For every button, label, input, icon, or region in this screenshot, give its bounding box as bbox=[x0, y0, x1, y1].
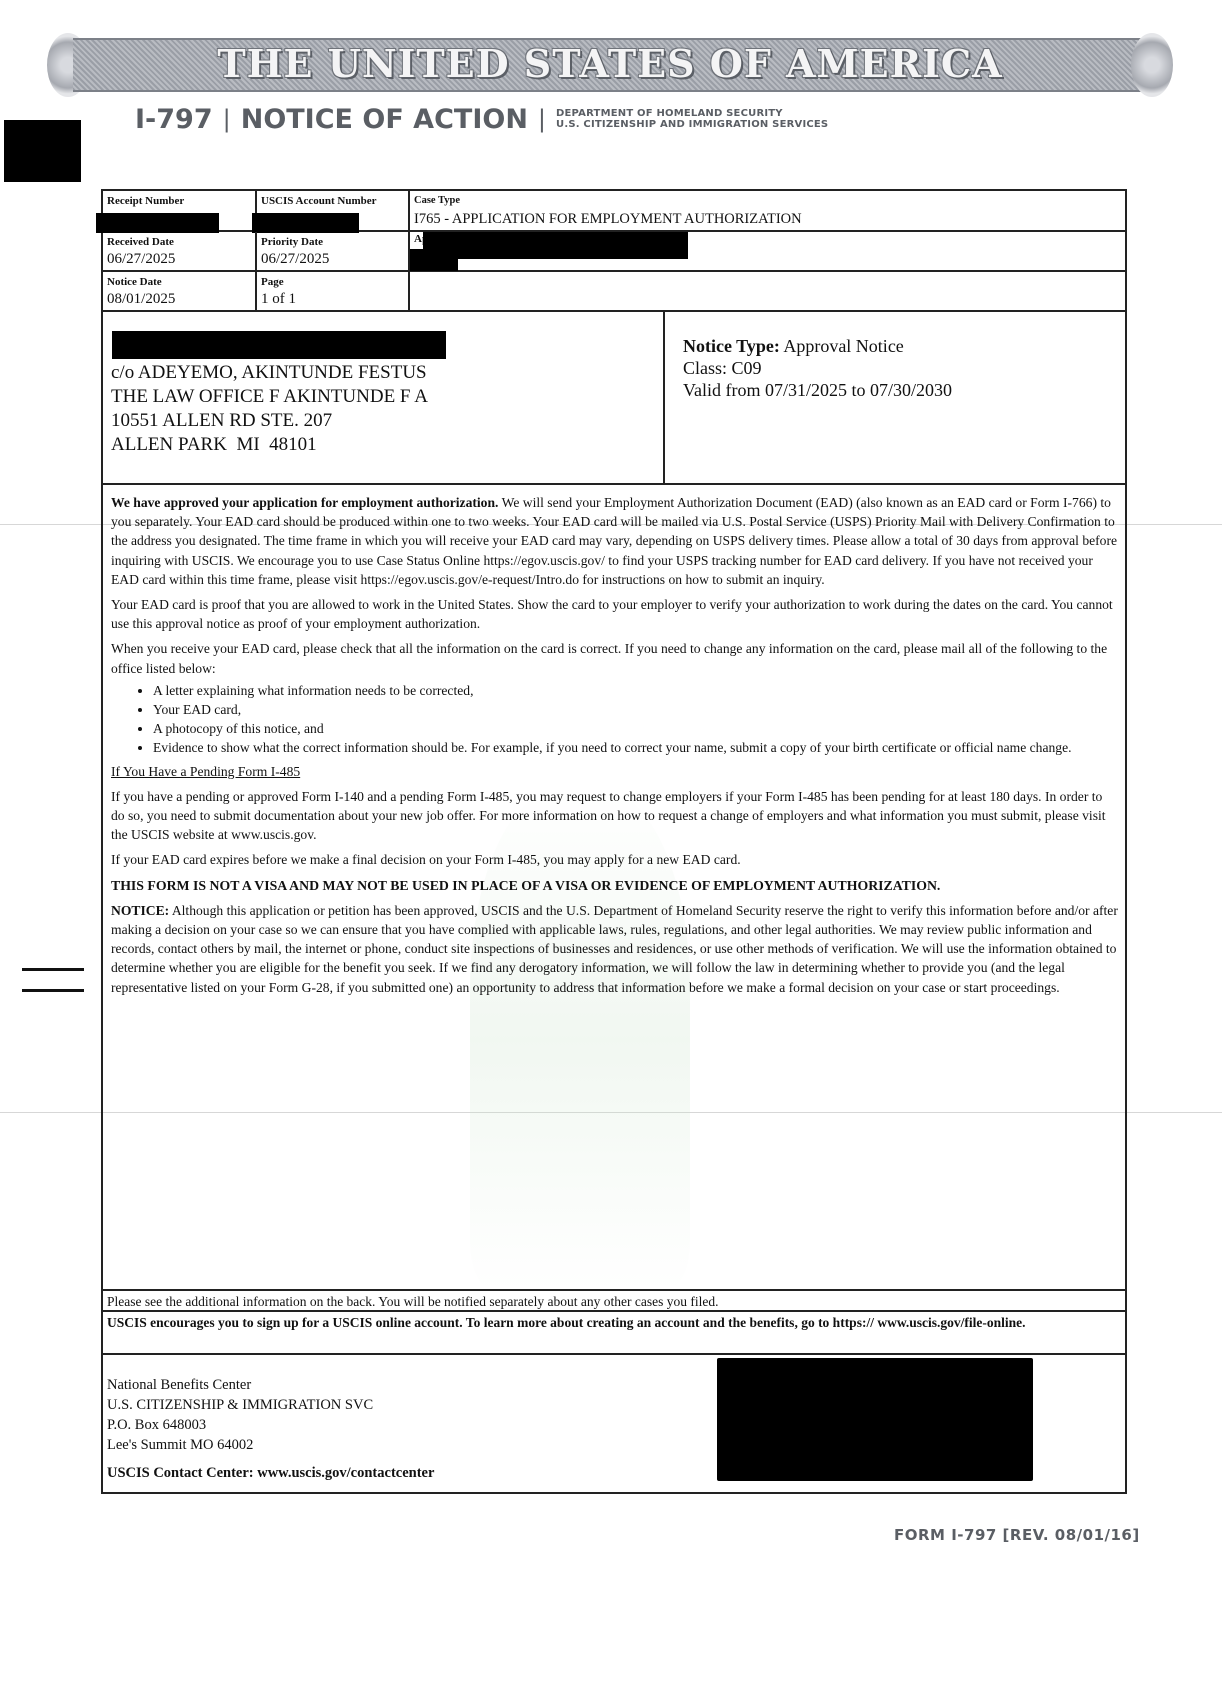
applicant-name-redacted bbox=[410, 249, 458, 271]
priority-date-value: 06/27/2025 bbox=[261, 251, 329, 268]
banner-title: THE UNITED STATES OF AMERICA bbox=[95, 41, 1125, 86]
notice-date-label: Notice Date bbox=[107, 276, 162, 288]
applicant-name-redacted bbox=[423, 232, 688, 259]
not-a-visa-warning: THIS FORM IS NOT A VISA AND MAY NOT BE U… bbox=[111, 876, 1119, 895]
redaction-block bbox=[4, 120, 81, 182]
office-line: U.S. CITIZENSHIP & IMMIGRATION SVC bbox=[107, 1395, 373, 1415]
priority-date-label: Priority Date bbox=[261, 236, 323, 248]
office-line: P.O. Box 648003 bbox=[107, 1415, 373, 1435]
agency-line-1: DEPARTMENT OF HOMELAND SECURITY bbox=[556, 108, 828, 119]
recipient-name-redacted bbox=[112, 331, 446, 359]
notice-date-value: 08/01/2025 bbox=[107, 291, 175, 308]
office-line: National Benefits Center bbox=[107, 1375, 373, 1395]
case-type-label: Case Type bbox=[414, 195, 460, 206]
address-line: c/o ADEYEMO, AKINTUNDE FESTUS bbox=[111, 361, 428, 385]
address-line: 10551 ALLEN RD STE. 207 bbox=[111, 409, 428, 433]
recipient-address: c/o ADEYEMO, AKINTUNDE FESTUS THE LAW OF… bbox=[111, 361, 428, 457]
notice-body: We have approved your application for em… bbox=[111, 493, 1119, 1003]
paragraph-corrections: When you receive your EAD card, please c… bbox=[111, 639, 1119, 677]
notice-type-label: Notice Type: bbox=[683, 336, 780, 356]
page-label: Page bbox=[261, 276, 284, 288]
account-number-redacted bbox=[252, 213, 359, 233]
received-date-label: Received Date bbox=[107, 236, 174, 248]
notice-text: Although this application or petition ha… bbox=[111, 903, 1118, 995]
list-item: Your EAD card, bbox=[153, 700, 1119, 719]
page-cell: Page 1 of 1 bbox=[257, 272, 410, 312]
list-item: Evidence to show what the correct inform… bbox=[153, 738, 1119, 757]
margin-mark bbox=[22, 989, 84, 992]
paragraph-ead-expiry: If your EAD card expires before we make … bbox=[111, 850, 1119, 869]
list-item: A letter explaining what information nee… bbox=[153, 681, 1119, 700]
notice-form: Receipt Number USCIS Account Number Case… bbox=[101, 189, 1127, 1494]
notice-type-block: Notice Type: Approval Notice Class: C09 … bbox=[683, 335, 952, 401]
class-code: Class: C09 bbox=[683, 357, 952, 379]
agency-line-2: U.S. CITIZENSHIP AND IMMIGRATION SERVICE… bbox=[556, 119, 828, 130]
title-separator: | bbox=[538, 105, 546, 133]
notice-type: Notice Type: Approval Notice bbox=[683, 335, 952, 357]
additional-info-row: Please see the additional information on… bbox=[103, 1289, 1125, 1311]
rosette-ornament-icon bbox=[1131, 33, 1173, 97]
page-value: 1 of 1 bbox=[261, 291, 296, 308]
approval-statement: We have approved your application for em… bbox=[111, 495, 498, 510]
paragraph-approval: We have approved your application for em… bbox=[111, 493, 1119, 589]
form-header: I-797 | NOTICE OF ACTION | DEPARTMENT OF… bbox=[135, 102, 828, 136]
received-date-cell: Received Date 06/27/2025 bbox=[103, 232, 257, 272]
contact-center: USCIS Contact Center: www.uscis.gov/cont… bbox=[107, 1465, 434, 1482]
validity-period: Valid from 07/31/2025 to 07/30/2030 bbox=[683, 379, 952, 401]
notice-type-value: Approval Notice bbox=[783, 336, 903, 356]
online-account-text: USCIS encourages you to sign up for a US… bbox=[107, 1313, 1107, 1332]
address-line: THE LAW OFFICE F AKINTUNDE F A bbox=[111, 385, 428, 409]
online-account-row: USCIS encourages you to sign up for a US… bbox=[103, 1310, 1125, 1354]
receipt-number-redacted bbox=[96, 213, 219, 233]
agency-name: DEPARTMENT OF HOMELAND SECURITY U.S. CIT… bbox=[556, 108, 828, 130]
corrections-list: A letter explaining what information nee… bbox=[111, 681, 1119, 758]
list-item: A photocopy of this notice, and bbox=[153, 719, 1119, 738]
margin-mark bbox=[22, 968, 84, 971]
additional-info-text: Please see the additional information on… bbox=[107, 1292, 718, 1311]
address-line: ALLEN PARK MI 48101 bbox=[111, 433, 428, 457]
case-type-cell: Case Type I765 - APPLICATION FOR EMPLOYM… bbox=[410, 191, 1125, 232]
section-heading-i485: If You Have a Pending Form I-485 bbox=[111, 762, 1119, 781]
barcode-redacted bbox=[717, 1358, 1033, 1481]
office-line: Lee's Summit MO 64002 bbox=[107, 1435, 373, 1455]
notice-label: NOTICE: bbox=[111, 903, 169, 918]
form-revision: FORM I-797 [REV. 08/01/16] bbox=[894, 1526, 1140, 1544]
received-date-value: 06/27/2025 bbox=[107, 251, 175, 268]
notice-date-cell: Notice Date 08/01/2025 bbox=[103, 272, 257, 312]
priority-date-cell: Priority Date 06/27/2025 bbox=[257, 232, 410, 272]
paragraph-change-employers: If you have a pending or approved Form I… bbox=[111, 787, 1119, 845]
case-type-value: I765 - APPLICATION FOR EMPLOYMENT AUTHOR… bbox=[414, 211, 802, 228]
account-number-label: USCIS Account Number bbox=[261, 195, 377, 207]
paragraph-verification-notice: NOTICE: Although this application or pet… bbox=[111, 901, 1119, 997]
service-center-address: National Benefits Center U.S. CITIZENSHI… bbox=[107, 1375, 373, 1455]
title-separator: | bbox=[223, 105, 231, 133]
form-number: I-797 bbox=[135, 104, 213, 135]
receipt-number-label: Receipt Number bbox=[107, 195, 184, 207]
banner: THE UNITED STATES OF AMERICA bbox=[45, 33, 1175, 97]
paragraph-ead-proof: Your EAD card is proof that you are allo… bbox=[111, 595, 1119, 633]
form-title: NOTICE OF ACTION bbox=[241, 104, 528, 135]
empty-cell bbox=[410, 272, 1125, 312]
